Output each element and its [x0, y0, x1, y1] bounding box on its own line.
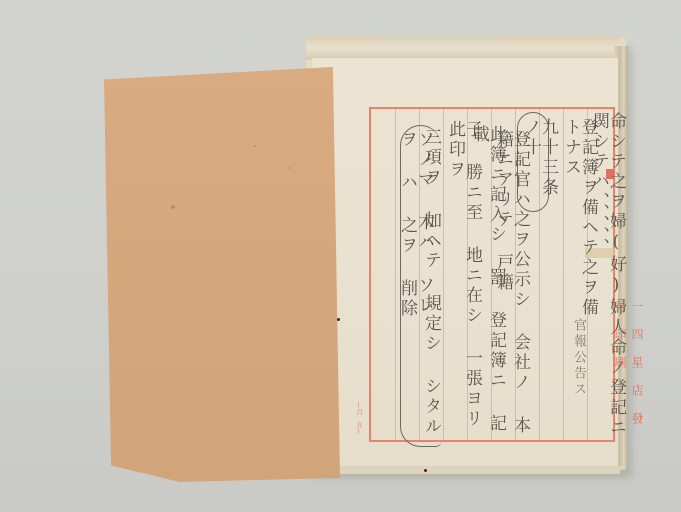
pencil-bracket-line: [400, 125, 441, 447]
binding-hole: [337, 318, 340, 321]
manuscript-column-7: 子 勝ニ至 地ニ在シ 一張ヨリ 此印ヲ: [446, 120, 480, 440]
rule-line: [395, 109, 396, 440]
margin-stamp: 一 四 星 店 發 行 印 刷: [612, 300, 646, 440]
rule-line: [443, 109, 444, 440]
manuscript-column-2: 登記簿ヲ備ヘテ之ヲ備トナス: [562, 118, 596, 328]
manuscript-column-3: 官報公告ス: [572, 318, 585, 408]
frame-label: (百 頁): [354, 402, 363, 435]
page-stack-top-edge: [306, 36, 620, 60]
page-bottom-edge: [310, 466, 620, 475]
brown-cover: [104, 67, 340, 482]
cover-spot: [171, 205, 175, 209]
cover-spot: [254, 145, 256, 147]
cover-spot: [289, 167, 291, 169]
binding-hole: [424, 469, 427, 472]
